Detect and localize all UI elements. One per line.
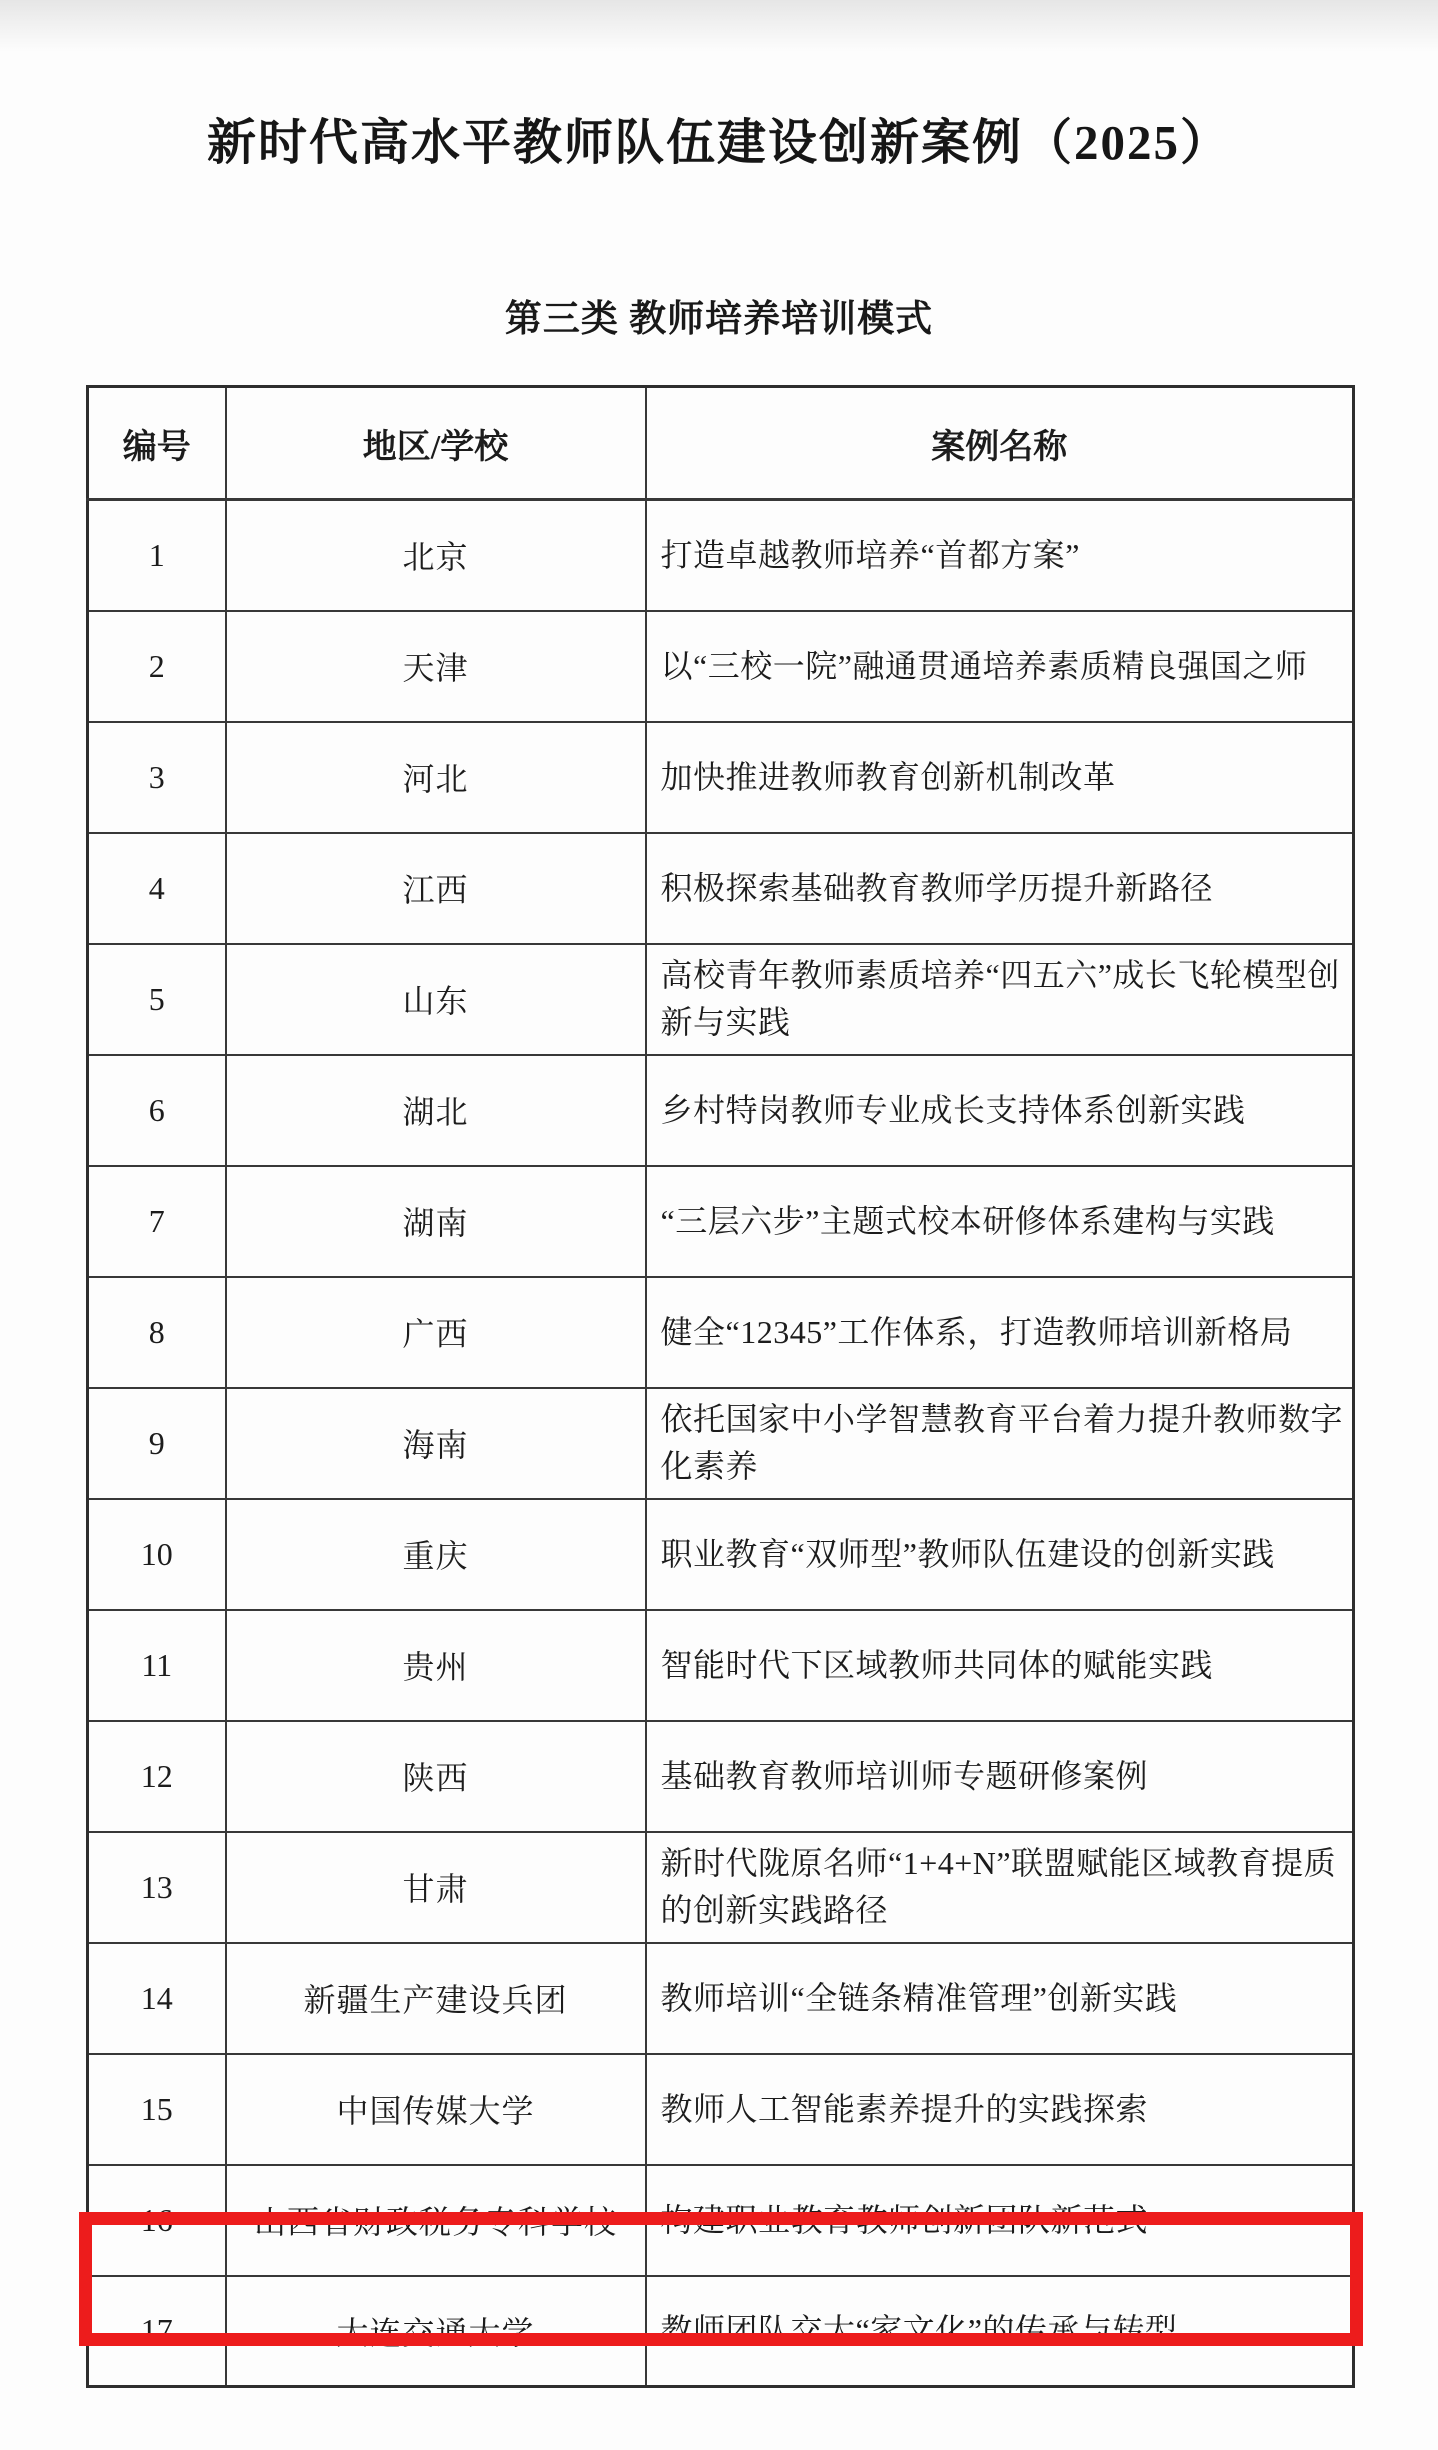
case-name-cell: 教师人工智能素养提升的实践探索 <box>646 2054 1354 2165</box>
case-name-cell: 构建职业教育教师创新团队新范式 <box>646 2165 1354 2276</box>
region-cell: 湖南 <box>226 1166 646 1277</box>
case-name-cell: 新时代陇原名师“1+4+N”联盟赋能区域教育提质的创新实践路径 <box>646 1832 1354 1943</box>
row-number-cell: 8 <box>88 1277 226 1388</box>
region-cell: 北京 <box>226 500 646 611</box>
table-row: 17 大连交通大学 教师团队交大“家文化”的传承与转型 <box>88 2276 1354 2387</box>
scan-top-shade <box>0 0 1438 70</box>
table-row: 13 甘肃 新时代陇原名师“1+4+N”联盟赋能区域教育提质的创新实践路径 <box>88 1832 1354 1943</box>
document-page: 新时代高水平教师队伍建设创新案例（2025） 第三类 教师培养培训模式 编号 地… <box>0 0 1438 2450</box>
row-number-cell: 12 <box>88 1721 226 1832</box>
section-heading: 第三类 教师培养培训模式 <box>0 288 1438 342</box>
region-cell: 甘肃 <box>226 1832 646 1943</box>
case-name-cell: 教师团队交大“家文化”的传承与转型 <box>646 2276 1354 2387</box>
case-name-cell: 教师培训“全链条精准管理”创新实践 <box>646 1943 1354 2054</box>
case-name-cell: 高校青年教师素质培养“四五六”成长飞轮模型创新与实践 <box>646 944 1354 1055</box>
table-row: 4 江西 积极探索基础教育教师学历提升新路径 <box>88 833 1354 944</box>
table-row: 3 河北 加快推进教师教育创新机制改革 <box>88 722 1354 833</box>
table-row: 8 广西 健全“12345”工作体系，打造教师培训新格局 <box>88 1277 1354 1388</box>
region-cell: 陕西 <box>226 1721 646 1832</box>
row-number-cell: 4 <box>88 833 226 944</box>
region-cell: 中国传媒大学 <box>226 2054 646 2165</box>
table-body: 1 北京 打造卓越教师培养“首都方案” 2 天津 以“三校一院”融通贯通培养素质… <box>88 500 1354 2387</box>
region-cell: 大连交通大学 <box>226 2276 646 2387</box>
region-cell: 新疆生产建设兵团 <box>226 1943 646 2054</box>
region-cell: 江西 <box>226 833 646 944</box>
row-number-cell: 6 <box>88 1055 226 1166</box>
case-table: 编号 地区/学校 案例名称 1 北京 打造卓越教师培养“首都方案” 2 天津 以… <box>86 385 1355 2388</box>
region-cell: 天津 <box>226 611 646 722</box>
row-number-cell: 10 <box>88 1499 226 1610</box>
table-row: 9 海南 依托国家中小学智慧教育平台着力提升教师数字化素养 <box>88 1388 1354 1499</box>
table-header: 编号 地区/学校 案例名称 <box>88 387 1354 500</box>
row-number-cell: 17 <box>88 2276 226 2387</box>
case-name-cell: “三层六步”主题式校本研修体系建构与实践 <box>646 1166 1354 1277</box>
case-name-cell: 乡村特岗教师专业成长支持体系创新实践 <box>646 1055 1354 1166</box>
table-row: 1 北京 打造卓越教师培养“首都方案” <box>88 500 1354 611</box>
case-name-cell: 基础教育教师培训师专题研修案例 <box>646 1721 1354 1832</box>
row-number-cell: 14 <box>88 1943 226 2054</box>
row-number-cell: 3 <box>88 722 226 833</box>
row-number-cell: 9 <box>88 1388 226 1499</box>
region-cell: 广西 <box>226 1277 646 1388</box>
table-row: 11 贵州 智能时代下区域教师共同体的赋能实践 <box>88 1610 1354 1721</box>
document-title: 新时代高水平教师队伍建设创新案例（2025） <box>0 104 1438 174</box>
table-row: 10 重庆 职业教育“双师型”教师队伍建设的创新实践 <box>88 1499 1354 1610</box>
header-cell-case-name: 案例名称 <box>646 387 1354 500</box>
table-row: 7 湖南 “三层六步”主题式校本研修体系建构与实践 <box>88 1166 1354 1277</box>
table-row: 15 中国传媒大学 教师人工智能素养提升的实践探索 <box>88 2054 1354 2165</box>
table-row: 6 湖北 乡村特岗教师专业成长支持体系创新实践 <box>88 1055 1354 1166</box>
row-number-cell: 16 <box>88 2165 226 2276</box>
region-cell: 河北 <box>226 722 646 833</box>
case-name-cell: 智能时代下区域教师共同体的赋能实践 <box>646 1610 1354 1721</box>
region-cell: 湖北 <box>226 1055 646 1166</box>
table-header-row: 编号 地区/学校 案例名称 <box>88 387 1354 500</box>
region-cell: 贵州 <box>226 1610 646 1721</box>
region-cell: 海南 <box>226 1388 646 1499</box>
row-number-cell: 5 <box>88 944 226 1055</box>
table-row: 14 新疆生产建设兵团 教师培训“全链条精准管理”创新实践 <box>88 1943 1354 2054</box>
table-row: 2 天津 以“三校一院”融通贯通培养素质精良强国之师 <box>88 611 1354 722</box>
region-cell: 重庆 <box>226 1499 646 1610</box>
region-cell: 山西省财政税务专科学校 <box>226 2165 646 2276</box>
row-number-cell: 7 <box>88 1166 226 1277</box>
row-number-cell: 2 <box>88 611 226 722</box>
case-name-cell: 健全“12345”工作体系，打造教师培训新格局 <box>646 1277 1354 1388</box>
case-name-cell: 以“三校一院”融通贯通培养素质精良强国之师 <box>646 611 1354 722</box>
row-number-cell: 1 <box>88 500 226 611</box>
row-number-cell: 15 <box>88 2054 226 2165</box>
case-name-cell: 职业教育“双师型”教师队伍建设的创新实践 <box>646 1499 1354 1610</box>
row-number-cell: 13 <box>88 1832 226 1943</box>
header-cell-region: 地区/学校 <box>226 387 646 500</box>
region-cell: 山东 <box>226 944 646 1055</box>
row-number-cell: 11 <box>88 1610 226 1721</box>
case-name-cell: 打造卓越教师培养“首都方案” <box>646 500 1354 611</box>
table-row: 12 陕西 基础教育教师培训师专题研修案例 <box>88 1721 1354 1832</box>
header-cell-number: 编号 <box>88 387 226 500</box>
table-row: 5 山东 高校青年教师素质培养“四五六”成长飞轮模型创新与实践 <box>88 944 1354 1055</box>
case-name-cell: 加快推进教师教育创新机制改革 <box>646 722 1354 833</box>
case-name-cell: 依托国家中小学智慧教育平台着力提升教师数字化素养 <box>646 1388 1354 1499</box>
table-row: 16 山西省财政税务专科学校 构建职业教育教师创新团队新范式 <box>88 2165 1354 2276</box>
case-name-cell: 积极探索基础教育教师学历提升新路径 <box>646 833 1354 944</box>
